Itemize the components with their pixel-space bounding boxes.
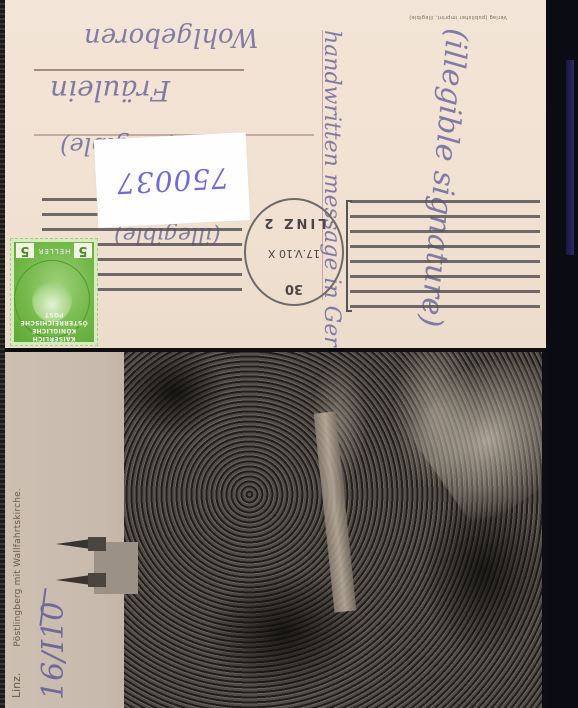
stamp-currency: HELLER bbox=[38, 247, 71, 255]
address-line-2: Fräulein bbox=[50, 74, 170, 107]
postcard-back: Wohlgeboren Fräulein (illegible) (illegi… bbox=[4, 0, 546, 348]
pencil-date-note: 16/I10 bbox=[36, 602, 71, 700]
postmark-number: 30 bbox=[246, 281, 342, 296]
perforated-edge bbox=[0, 0, 5, 708]
stamp-value-left: 5 bbox=[74, 244, 92, 259]
church-illustration bbox=[56, 532, 140, 602]
inventory-label: 750037 bbox=[94, 132, 250, 228]
postage-stamp: KAISERLICH KÖNIGLICHE ÖSTERREICHISCHE PO… bbox=[10, 238, 98, 346]
scan-background bbox=[546, 0, 578, 708]
photo-hillside bbox=[397, 352, 542, 532]
inventory-number: 750037 bbox=[115, 161, 229, 200]
stamp-legend: KAISERLICH KÖNIGLICHE ÖSTERREICHISCHE PO… bbox=[14, 310, 94, 342]
cancel-bracket bbox=[346, 200, 352, 312]
stamp-value-right: 5 bbox=[16, 244, 34, 259]
caption-title: Pöstlingberg mit Wallfahrtskirche. bbox=[13, 488, 23, 646]
caption-place: Linz. bbox=[10, 673, 23, 698]
postmark: 30 17.V.10 X LINZ 2 bbox=[244, 198, 344, 306]
postmark-city: LINZ 2 bbox=[246, 215, 342, 230]
postmark-date: 17.V.10 X bbox=[246, 247, 342, 260]
photo-caption: Linz. Pöstlingberg mit Wallfahrtskirche. bbox=[10, 488, 23, 698]
photo-landscape bbox=[124, 352, 542, 708]
cancel-lines-right bbox=[350, 200, 540, 320]
address-line-1: Wohlgeboren bbox=[84, 22, 259, 52]
address-rule bbox=[34, 69, 244, 71]
postcard-front bbox=[4, 352, 542, 708]
photo-road bbox=[314, 411, 357, 612]
publisher-imprint: Verlag (publisher imprint, illegible) bbox=[409, 14, 507, 20]
